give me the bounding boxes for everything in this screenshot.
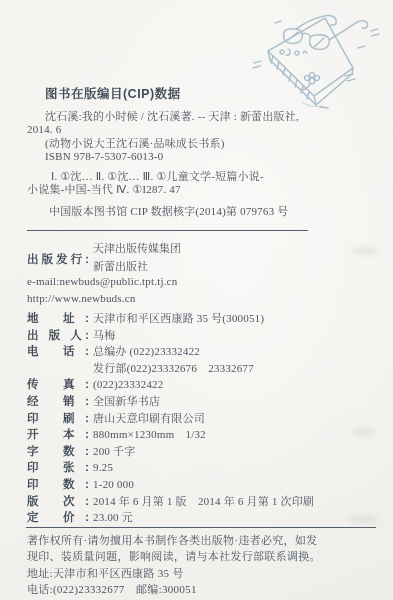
info-value: 1-20 000 [93, 479, 134, 491]
cip-isbn: ISBN 978-7-5307-6013-0 [27, 151, 372, 164]
publisher-names: 天津出版传媒集团 新蕾出版社 [93, 241, 181, 276]
info-value: 全国新华书店 [93, 393, 160, 409]
info-row-fax: 传 真: (022)23332422 [27, 376, 377, 393]
info-label: 印 数: [27, 476, 89, 492]
scan-smudge [352, 247, 378, 255]
info-row-phone-cont: 发行部(022)23332676 23332677 [27, 360, 377, 377]
scan-smudge [348, 515, 378, 524]
divider-top [27, 230, 308, 231]
notice-line1: 著作权所有·请勿擅用本书制作各类出版物·违者必究，如发 [27, 533, 372, 549]
cip-title-line1: 沈石溪:我的小时候 / 沈石溪著. -- 天津 : 新蕾出版社, [27, 111, 372, 124]
info-row-address: 地 址: 天津市和平区西康路 35 号(300051) [27, 310, 377, 327]
info-value: 880mm×1230mm 1/32 [93, 426, 206, 442]
info-value: 唐山天意印刷有限公司 [93, 410, 205, 426]
info-value: 天津市和平区西康路 35 号(300051) [93, 310, 264, 326]
publisher-label: 出版发行: [27, 251, 89, 267]
cip-heading: 图书在版编目(CIP)数据 [45, 84, 181, 102]
cip-record-number: 中国版本图书馆 CIP 数据核字(2014)第 079763 号 [27, 206, 372, 219]
website-url: http://www.newbuds.cn [27, 293, 136, 305]
info-value: 23.00 元 [93, 509, 133, 525]
info-row-distribution: 经 销: 全国新华书店 [27, 393, 377, 410]
notice-line2: 现印、装质量问题，影响阅读，请与本社发行部联系调换。 [27, 549, 372, 565]
contact-address: 地址:天津市和平区西康路 35 号 [27, 566, 372, 582]
scan-smudge [352, 428, 376, 436]
cip-title-line2: 2014. 6 [27, 124, 372, 137]
info-label: 电 话: [27, 343, 89, 359]
glasses-on-book-icon [250, 3, 390, 121]
email-address: e-mail:newbuds@public.tpt.tj.cn [27, 276, 177, 288]
info-row-word-count: 字 数: 200 千字 [27, 443, 377, 460]
glasses-on-book-illustration [250, 3, 390, 121]
info-row-price: 定 价: 23.00 元 [27, 509, 377, 526]
info-row-format: 开 本: 880mm×1230mm 1/32 [27, 426, 377, 443]
info-row-print-run: 印 数: 1-20 000 [27, 476, 377, 493]
contact-phone-zip: 电话:(022)23332677 邮编:300051 [27, 582, 372, 598]
info-value: 9.25 [93, 462, 113, 474]
info-label: 版 次: [27, 493, 89, 509]
publisher-press: 新蕾出版社 [93, 259, 181, 277]
divider-bottom [26, 527, 376, 528]
info-row-sheets: 印 张: 9.25 [27, 459, 377, 476]
publication-info-list: 地 址: 天津市和平区西康路 35 号(300051) 出 版 人: 马梅 电 … [27, 310, 377, 526]
info-label: 出 版 人: [27, 327, 89, 343]
info-value: 马梅 [93, 327, 115, 343]
info-label: 地 址: [27, 310, 89, 326]
copyright-notice: 著作权所有·请勿擅用本书制作各类出版物·违者必究，如发 现印、装质量问题，影响阅… [27, 533, 372, 598]
cip-class-line1: Ⅰ. ①沈… Ⅱ. ①沈… Ⅲ. ①儿童文学-短篇小说- [27, 171, 372, 184]
publisher-row: 出版发行: 天津出版传媒集团 新蕾出版社 [27, 241, 181, 276]
info-value: 200 千字 [93, 443, 135, 459]
info-label: 开 本: [27, 426, 89, 442]
info-label: 印 张: [27, 459, 89, 475]
info-value: 2014 年 6 月第 1 版 2014 年 6 月第 1 次印刷 [93, 493, 314, 509]
info-label: 传 真: [27, 376, 89, 392]
info-row-edition: 版 次: 2014 年 6 月第 1 版 2014 年 6 月第 1 次印刷 [27, 493, 377, 510]
copyright-page: 图书在版编目(CIP)数据 沈石溪:我的小时候 / 沈石溪著. -- 天津 : … [0, 0, 393, 600]
info-value: 总编办 (022)23332422 [93, 343, 200, 359]
info-value: (022)23332422 [93, 379, 163, 391]
publisher-group: 天津出版传媒集团 [93, 241, 181, 259]
info-row-phone: 电 话: 总编办 (022)23332422 [27, 343, 377, 360]
info-row-printing: 印 刷: 唐山天意印刷有限公司 [27, 410, 377, 427]
info-value: 发行部(022)23332676 23332677 [93, 360, 254, 376]
info-label: 经 销: [27, 393, 89, 409]
cip-block: 沈石溪:我的小时候 / 沈石溪著. -- 天津 : 新蕾出版社, 2014. 6… [27, 111, 372, 220]
info-row-publisher-person: 出 版 人: 马梅 [27, 327, 377, 344]
info-label: 定 价: [27, 509, 89, 525]
info-label: 印 刷: [27, 410, 89, 426]
cip-series: (动物小说大王沈石溪·品味成长书系) [27, 138, 372, 151]
cip-class-line2: 小说集-中国-当代 Ⅳ. ①I287. 47 [27, 184, 372, 197]
info-label: 字 数: [27, 443, 89, 459]
